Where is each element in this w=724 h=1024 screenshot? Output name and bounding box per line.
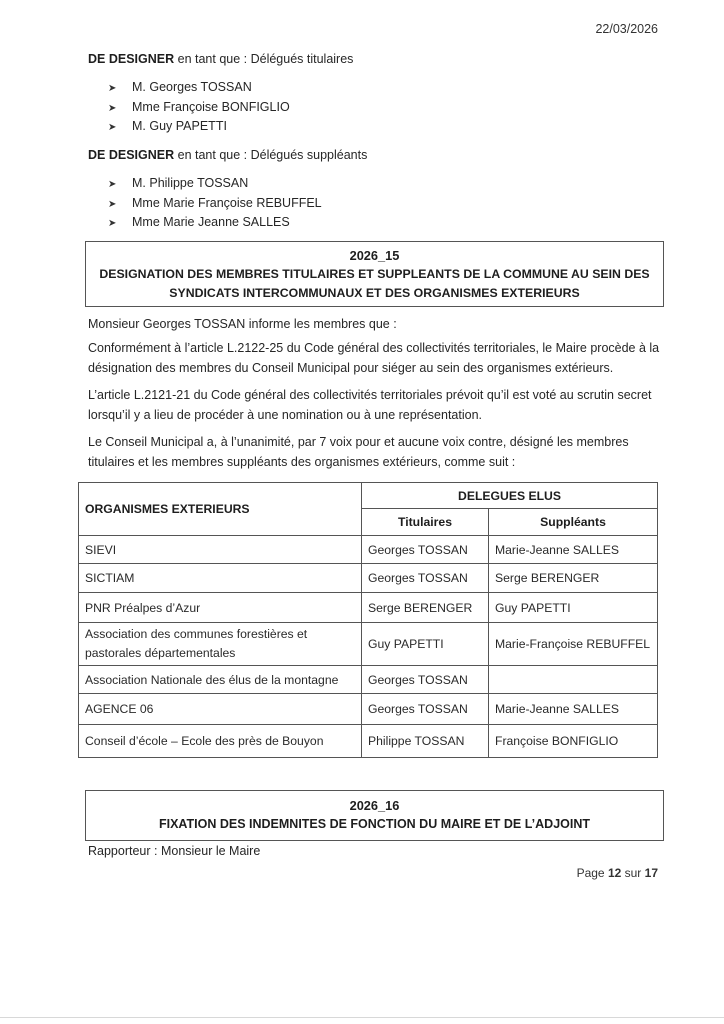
cell-suppleant: Serge BERENGER (489, 564, 658, 593)
page-number: Page 12 sur 17 (577, 866, 658, 880)
table-row: SICTIAM Georges TOSSAN Serge BERENGER (79, 564, 658, 593)
table-row: SIEVI Georges TOSSAN Marie-Jeanne SALLES (79, 536, 658, 564)
section-title-line2: SYNDICATS INTERCOMMUNAUX ET DES ORGANISM… (86, 284, 663, 303)
page-total: 17 (645, 866, 658, 880)
arrow-bullet-icon: ➤ (108, 195, 132, 215)
cell-organisme: PNR Préalpes d’Azur (79, 593, 362, 623)
list-item: ➤M. Guy PAPETTI (108, 117, 290, 137)
document-date: 22/03/2026 (595, 22, 658, 36)
section-16-title-box: 2026_16 FIXATION DES INDEMNITES DE FONCT… (85, 790, 664, 841)
cell-organisme: Association Nationale des élus de la mon… (79, 666, 362, 694)
cell-titulaire: Georges TOSSAN (362, 666, 489, 694)
cell-suppleant: Marie-Jeanne SALLES (489, 694, 658, 725)
header-titulaires: Titulaires (362, 509, 489, 536)
list-item: ➤M. Georges TOSSAN (108, 78, 290, 98)
cell-titulaire: Georges TOSSAN (362, 694, 489, 725)
suppleants-list: ➤M. Philippe TOSSAN ➤Mme Marie Françoise… (108, 174, 322, 233)
arrow-bullet-icon: ➤ (108, 175, 132, 195)
section-title: FIXATION DES INDEMNITES DE FONCTION DU M… (86, 815, 663, 834)
section-number: 2026_16 (86, 796, 663, 815)
list-item: ➤Mme Françoise BONFIGLIO (108, 98, 290, 118)
cell-titulaire: Guy PAPETTI (362, 623, 489, 666)
section-title-line1: DESIGNATION DES MEMBRES TITULAIRES ET SU… (86, 265, 663, 284)
table-row: Conseil d’école – Ecole des près de Bouy… (79, 725, 658, 758)
cell-suppleant (489, 666, 658, 694)
list-item: ➤Mme Marie Françoise REBUFFEL (108, 194, 322, 214)
table-row: Association Nationale des élus de la mon… (79, 666, 658, 694)
header-organismes: ORGANISMES EXTERIEURS (79, 483, 362, 536)
arrow-bullet-icon: ➤ (108, 99, 132, 119)
cell-titulaire: Georges TOSSAN (362, 536, 489, 564)
designation-lead: DE DESIGNER (88, 52, 174, 66)
cell-organisme: Conseil d’école – Ecole des près de Bouy… (79, 725, 362, 758)
cell-titulaire: Philippe TOSSAN (362, 725, 489, 758)
designation-lead: DE DESIGNER (88, 148, 174, 162)
organismes-table: ORGANISMES EXTERIEURS DELEGUES ELUS Titu… (78, 482, 658, 758)
arrow-bullet-icon: ➤ (108, 214, 132, 234)
cell-organisme: SIEVI (79, 536, 362, 564)
cell-suppleant: Françoise BONFIGLIO (489, 725, 658, 758)
cell-organisme: AGENCE 06 (79, 694, 362, 725)
cell-suppleant: Marie-Françoise REBUFFEL (489, 623, 658, 666)
article-2122-paragraph: Conformément à l’article L.2122-25 du Co… (88, 338, 663, 378)
arrow-bullet-icon: ➤ (108, 79, 132, 99)
list-item: ➤M. Philippe TOSSAN (108, 174, 322, 194)
article-2121-paragraph: L’article L.2121-21 du Code général des … (88, 385, 663, 425)
designation-rest: en tant que : Délégués suppléants (174, 148, 367, 162)
designation-rest: en tant que : Délégués titulaires (174, 52, 353, 66)
section-15-title-box: 2026_15 DESIGNATION DES MEMBRES TITULAIR… (85, 241, 664, 307)
list-item: ➤Mme Marie Jeanne SALLES (108, 213, 322, 233)
designation-titulaires-heading: DE DESIGNER en tant que : Délégués titul… (88, 52, 353, 66)
cell-titulaire: Georges TOSSAN (362, 564, 489, 593)
vote-paragraph: Le Conseil Municipal a, à l’unanimité, p… (88, 432, 663, 472)
designation-suppleants-heading: DE DESIGNER en tant que : Délégués suppl… (88, 148, 367, 162)
table-row: AGENCE 06 Georges TOSSAN Marie-Jeanne SA… (79, 694, 658, 725)
header-delegues-elus: DELEGUES ELUS (362, 483, 658, 509)
cell-suppleant: Guy PAPETTI (489, 593, 658, 623)
intro-paragraph: Monsieur Georges TOSSAN informe les memb… (88, 314, 663, 334)
rapporteur-line: Rapporteur : Monsieur le Maire (88, 844, 260, 858)
cell-organisme: SICTIAM (79, 564, 362, 593)
page-current: 12 (608, 866, 621, 880)
cell-titulaire: Serge BERENGER (362, 593, 489, 623)
header-suppleants: Suppléants (489, 509, 658, 536)
section-number: 2026_15 (86, 246, 663, 265)
cell-suppleant: Marie-Jeanne SALLES (489, 536, 658, 564)
scan-edge-divider (0, 1017, 724, 1018)
arrow-bullet-icon: ➤ (108, 118, 132, 138)
table-row: Association des communes forestières et … (79, 623, 658, 666)
titulaires-list: ➤M. Georges TOSSAN ➤Mme Françoise BONFIG… (108, 78, 290, 137)
cell-organisme: Association des communes forestières et … (79, 623, 362, 666)
table-row: PNR Préalpes d’Azur Serge BERENGER Guy P… (79, 593, 658, 623)
